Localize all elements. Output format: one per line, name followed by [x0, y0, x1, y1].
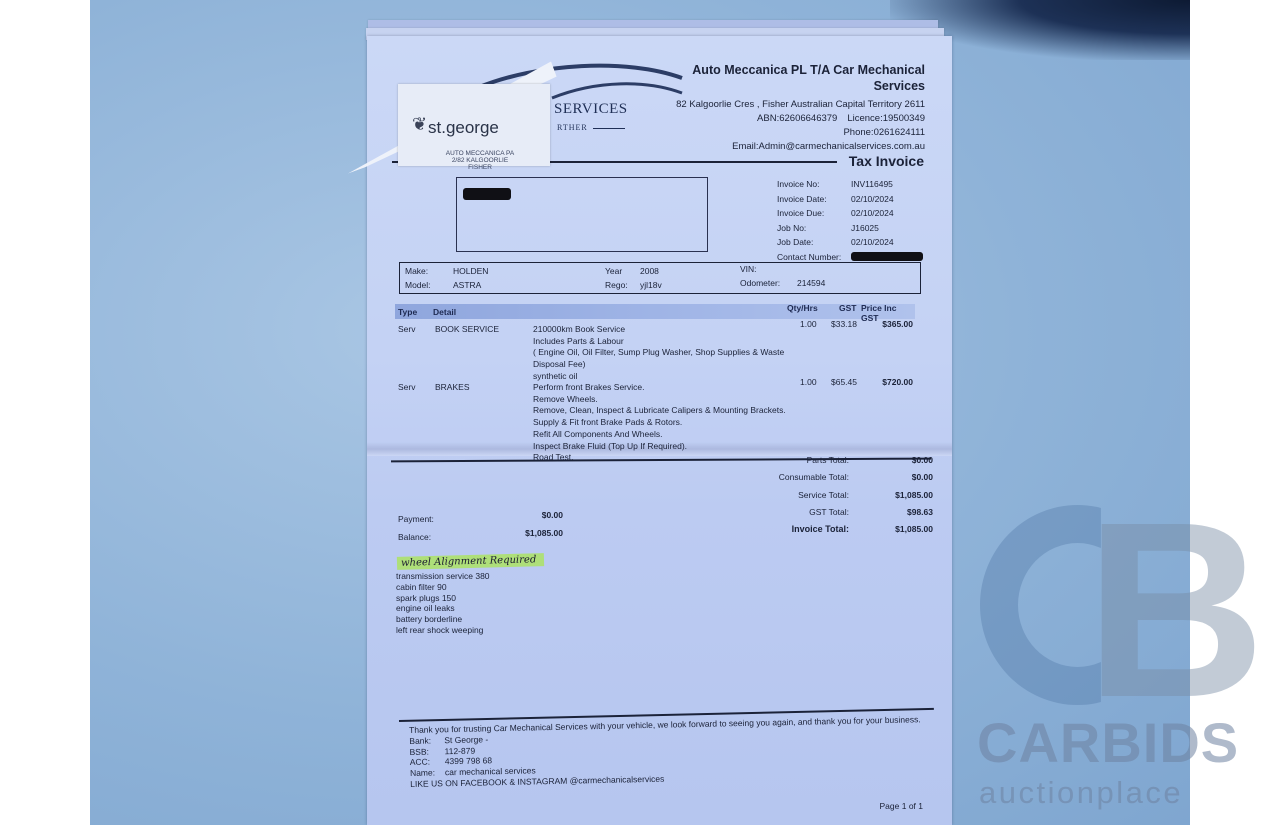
vehicle-odometer: 214594	[797, 278, 825, 288]
company-address: 82 Kalgoorlie Cres , Fisher Australian C…	[585, 98, 925, 112]
note-item: battery borderline	[396, 614, 490, 625]
dragon-logo-icon: ❦	[412, 114, 427, 135]
note-item: cabin filter 90	[396, 582, 490, 593]
invoice-total-row: Invoice Total:$1,085.00	[747, 524, 933, 541]
note-item: engine oil leaks	[396, 603, 490, 614]
company-name: Auto Meccanica PL T/A Car Mechanical	[585, 62, 925, 78]
totals-row: Service Total:$1,085.00	[747, 490, 933, 507]
bank-name: St George -	[444, 734, 488, 746]
company-licence: Licence:19500349	[847, 113, 925, 124]
totals-row: Parts Total:$0.00	[747, 455, 933, 472]
table-row: Serv BRAKES Perform front Brakes Service…	[395, 382, 915, 464]
logo-tagline: RTHER	[557, 123, 588, 132]
footer: Thank you for trusting Car Mechanical Se…	[409, 714, 930, 790]
vehicle-year: 2008	[640, 266, 659, 276]
company-name-2: Services	[585, 78, 925, 94]
payment-block: Payment:$0.00 Balance:$1,085.00	[398, 514, 563, 549]
table-row: Serv BOOK SERVICE 210000km Book Service …	[395, 324, 915, 384]
items-table-header: Type Detail Qty/Hrs GST Price Inc GST	[395, 304, 915, 319]
meta-row: Job Date:02/10/2024	[777, 235, 923, 250]
totals-row: GST Total:$98.63	[747, 507, 933, 524]
eftpos-receipt: ❦ st.george AUTO MECCANICA PA 2/82 KALGO…	[398, 84, 550, 166]
customer-address-box	[456, 177, 708, 252]
vehicle-details: Make: HOLDEN Model: ASTRA Year 2008 Rego…	[399, 262, 921, 294]
note-item: transmission service 380	[396, 571, 490, 582]
handwritten-note: wheel Alignment Required	[397, 553, 545, 570]
redacted-customer-name	[463, 188, 511, 200]
note-item: left rear shock weeping	[396, 625, 490, 636]
mechanic-notes: transmission service 380 cabin filter 90…	[396, 571, 490, 636]
document-title: Tax Invoice	[849, 153, 924, 169]
bank-bsb: 112-879	[444, 745, 475, 756]
balance-amount: $1,085.00	[525, 528, 563, 538]
totals-row: Consumable Total:$0.00	[747, 472, 933, 489]
redacted-contact-number	[851, 252, 923, 261]
vehicle-rego: yjl18v	[640, 280, 662, 290]
company-header: Auto Meccanica PL T/A Car Mechanical Ser…	[585, 62, 925, 154]
company-phone: Phone:0261624111	[585, 126, 925, 140]
company-abn: ABN:62606646379	[757, 113, 837, 124]
meta-row: Invoice No:INV116495	[777, 177, 923, 192]
totals-block: Parts Total:$0.00 Consumable Total:$0.00…	[747, 455, 933, 541]
note-item: spark plugs 150	[396, 593, 490, 604]
page-number: Page 1 of 1	[880, 801, 923, 811]
receipt-brand: st.george	[428, 118, 499, 138]
meta-row: Job No:J16025	[777, 221, 923, 236]
vehicle-model: ASTRA	[453, 280, 481, 290]
meta-row: Invoice Due:02/10/2024	[777, 206, 923, 221]
payment-amount: $0.00	[542, 510, 563, 520]
company-email: Email:Admin@carmechanicalservices.com.au	[585, 140, 925, 154]
invoice-meta: Invoice No:INV116495 Invoice Date:02/10/…	[777, 177, 923, 264]
meta-row: Invoice Date:02/10/2024	[777, 192, 923, 207]
vehicle-make: HOLDEN	[453, 266, 488, 276]
